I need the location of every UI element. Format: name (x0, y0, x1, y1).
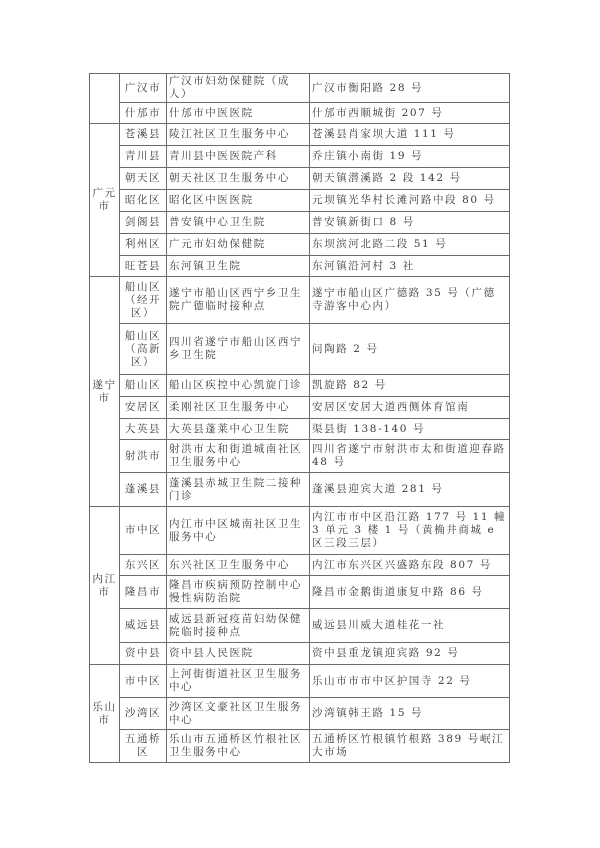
table-row: 东兴区东兴社区卫生服务中心内江市东兴区兴盛路东段 807 号 (90, 555, 510, 576)
table-row: 遂宁市船山区（经开区）遂宁市船山区西宁乡卫生院广德临时接种点遂宁市船山区广德路 … (90, 277, 510, 324)
district-cell: 广汉市 (120, 74, 167, 103)
site-cell: 遂宁市船山区西宁乡卫生院广德临时接种点 (167, 277, 310, 324)
table-row: 广汉市广汉市妇幼保健院（成人）广汉市衡阳路 28 号 (90, 74, 510, 103)
site-cell: 柔刚社区卫生服务中心 (167, 397, 310, 419)
table-row: 大英县大英县蓬莱中心卫生院渠县街 138-140 号 (90, 419, 510, 440)
table-row: 昭化区昭化区中医医院元坝镇光华村长滩河路中段 80 号 (90, 190, 510, 212)
site-cell: 广元市妇幼保健院 (167, 234, 310, 256)
district-cell: 市中区 (120, 665, 167, 698)
district-cell: 船山区（高新区） (120, 324, 167, 375)
table-row: 乐山市市中区上河街街道社区卫生服务中心乐山市市市中区护国寺 22 号 (90, 665, 510, 698)
district-cell: 射洪市 (120, 440, 167, 473)
table-row: 朝天区朝天社区卫生服务中心朝天镇潜溪路 2 段 142 号 (90, 168, 510, 190)
district-cell: 安居区 (120, 397, 167, 419)
address-cell: 四川省遂宁市射洪市太和街道迎春路 48 号 (310, 440, 510, 473)
site-cell: 大英县蓬莱中心卫生院 (167, 419, 310, 440)
site-cell: 资中县人民医院 (167, 643, 310, 665)
table-row: 船山区船山区疾控中心凯旋门诊凯旋路 82 号 (90, 375, 510, 397)
table-row: 五通桥区乐山市五通桥区竹根社区卫生服务中心五通桥区竹根镇竹根路 389 号岷江大… (90, 730, 510, 763)
district-cell: 威远县 (120, 609, 167, 643)
address-cell: 问陶路 2 号 (310, 324, 510, 375)
city-cell: 广元市 (90, 124, 120, 277)
district-cell: 船山区 (120, 375, 167, 397)
site-cell: 陵江社区卫生服务中心 (167, 124, 310, 146)
table-row: 资中县资中县人民医院资中县重龙镇迎宾路 92 号 (90, 643, 510, 665)
address-cell: 五通桥区竹根镇竹根路 389 号岷江大市场 (310, 730, 510, 763)
district-cell: 青川县 (120, 146, 167, 168)
district-cell: 船山区（经开区） (120, 277, 167, 324)
district-cell: 旺苍县 (120, 256, 167, 277)
address-cell: 普安镇新街口 8 号 (310, 212, 510, 234)
table-body: 广汉市广汉市妇幼保健院（成人）广汉市衡阳路 28 号什邡市什邡市中医医院什邡市西… (90, 74, 510, 763)
address-cell: 乔庄镇小南街 19 号 (310, 146, 510, 168)
address-cell: 朝天镇潜溪路 2 段 142 号 (310, 168, 510, 190)
site-cell: 东河镇卫生院 (167, 256, 310, 277)
district-cell: 市中区 (120, 507, 167, 555)
district-cell: 五通桥区 (120, 730, 167, 763)
site-cell: 蓬溪县赤城卫生院二接种门诊 (167, 473, 310, 507)
city-cell (90, 74, 120, 124)
address-cell: 凯旋路 82 号 (310, 375, 510, 397)
site-cell: 昭化区中医医院 (167, 190, 310, 212)
vaccination-sites-table: 广汉市广汉市妇幼保健院（成人）广汉市衡阳路 28 号什邡市什邡市中医医院什邡市西… (89, 73, 510, 763)
site-cell: 沙湾区文豪社区卫生服务中心 (167, 698, 310, 730)
table-row: 安居区柔刚社区卫生服务中心安居区安居大道西侧体育馆南 (90, 397, 510, 419)
address-cell: 苍溪县肖家坝大道 111 号 (310, 124, 510, 146)
site-cell: 四川省遂宁市船山区西宁乡卫生院 (167, 324, 310, 375)
site-cell: 隆昌市疾病预防控制中心慢性病防治院 (167, 576, 310, 609)
address-cell: 安居区安居大道西侧体育馆南 (310, 397, 510, 419)
site-cell: 射洪市太和街道城南社区卫生服务中心 (167, 440, 310, 473)
address-cell: 内江市市中区沿江路 177 号 11 幢 3 单元 3 楼 1 号（黄桷井商城 … (310, 507, 510, 555)
site-cell: 广汉市妇幼保健院（成人） (167, 74, 310, 103)
site-cell: 东兴社区卫生服务中心 (167, 555, 310, 576)
district-cell: 什邡市 (120, 103, 167, 124)
table-row: 广元市苍溪县陵江社区卫生服务中心苍溪县肖家坝大道 111 号 (90, 124, 510, 146)
table-row: 旺苍县东河镇卫生院东河镇沿河村 3 社 (90, 256, 510, 277)
district-cell: 昭化区 (120, 190, 167, 212)
district-cell: 利州区 (120, 234, 167, 256)
table-row: 船山区（高新区）四川省遂宁市船山区西宁乡卫生院问陶路 2 号 (90, 324, 510, 375)
address-cell: 广汉市衡阳路 28 号 (310, 74, 510, 103)
table-row: 射洪市射洪市太和街道城南社区卫生服务中心四川省遂宁市射洪市太和街道迎春路 48 … (90, 440, 510, 473)
table-row: 剑阁县普安镇中心卫生院普安镇新街口 8 号 (90, 212, 510, 234)
address-cell: 什邡市西顺城街 207 号 (310, 103, 510, 124)
district-cell: 资中县 (120, 643, 167, 665)
address-cell: 渠县街 138-140 号 (310, 419, 510, 440)
site-cell: 上河街街道社区卫生服务中心 (167, 665, 310, 698)
city-cell: 内江市 (90, 507, 120, 665)
district-cell: 大英县 (120, 419, 167, 440)
table-row: 隆昌市隆昌市疾病预防控制中心慢性病防治院隆昌市金鹅街道康复中路 86 号 (90, 576, 510, 609)
district-cell: 蓬溪县 (120, 473, 167, 507)
site-cell: 威远县新冠疫苗妇幼保健院临时接种点 (167, 609, 310, 643)
address-cell: 资中县重龙镇迎宾路 92 号 (310, 643, 510, 665)
table-row: 蓬溪县蓬溪县赤城卫生院二接种门诊蓬溪县迎宾大道 281 号 (90, 473, 510, 507)
address-cell: 元坝镇光华村长滩河路中段 80 号 (310, 190, 510, 212)
table-row: 利州区广元市妇幼保健院东坝滨河北路二段 51 号 (90, 234, 510, 256)
site-cell: 普安镇中心卫生院 (167, 212, 310, 234)
site-cell: 朝天社区卫生服务中心 (167, 168, 310, 190)
address-cell: 隆昌市金鹅街道康复中路 86 号 (310, 576, 510, 609)
district-cell: 朝天区 (120, 168, 167, 190)
address-cell: 沙湾镇韩王路 15 号 (310, 698, 510, 730)
table-row: 什邡市什邡市中医医院什邡市西顺城街 207 号 (90, 103, 510, 124)
site-cell: 青川县中医医院产科 (167, 146, 310, 168)
district-cell: 隆昌市 (120, 576, 167, 609)
site-cell: 什邡市中医医院 (167, 103, 310, 124)
site-cell: 船山区疾控中心凯旋门诊 (167, 375, 310, 397)
table-row: 沙湾区沙湾区文豪社区卫生服务中心沙湾镇韩王路 15 号 (90, 698, 510, 730)
city-cell: 遂宁市 (90, 277, 120, 507)
address-cell: 蓬溪县迎宾大道 281 号 (310, 473, 510, 507)
site-cell: 乐山市五通桥区竹根社区卫生服务中心 (167, 730, 310, 763)
table-row: 威远县威远县新冠疫苗妇幼保健院临时接种点威远县川威大道桂花一社 (90, 609, 510, 643)
district-cell: 剑阁县 (120, 212, 167, 234)
address-cell: 乐山市市市中区护国寺 22 号 (310, 665, 510, 698)
district-cell: 东兴区 (120, 555, 167, 576)
district-cell: 沙湾区 (120, 698, 167, 730)
district-cell: 苍溪县 (120, 124, 167, 146)
address-cell: 遂宁市船山区广德路 35 号（广德寺游客中心内） (310, 277, 510, 324)
site-cell: 内江市中区城南社区卫生服务中心 (167, 507, 310, 555)
table-row: 青川县青川县中医医院产科乔庄镇小南街 19 号 (90, 146, 510, 168)
address-cell: 威远县川威大道桂花一社 (310, 609, 510, 643)
address-cell: 内江市东兴区兴盛路东段 807 号 (310, 555, 510, 576)
address-cell: 东河镇沿河村 3 社 (310, 256, 510, 277)
table-row: 内江市市中区内江市中区城南社区卫生服务中心内江市市中区沿江路 177 号 11 … (90, 507, 510, 555)
address-cell: 东坝滨河北路二段 51 号 (310, 234, 510, 256)
city-cell: 乐山市 (90, 665, 120, 763)
